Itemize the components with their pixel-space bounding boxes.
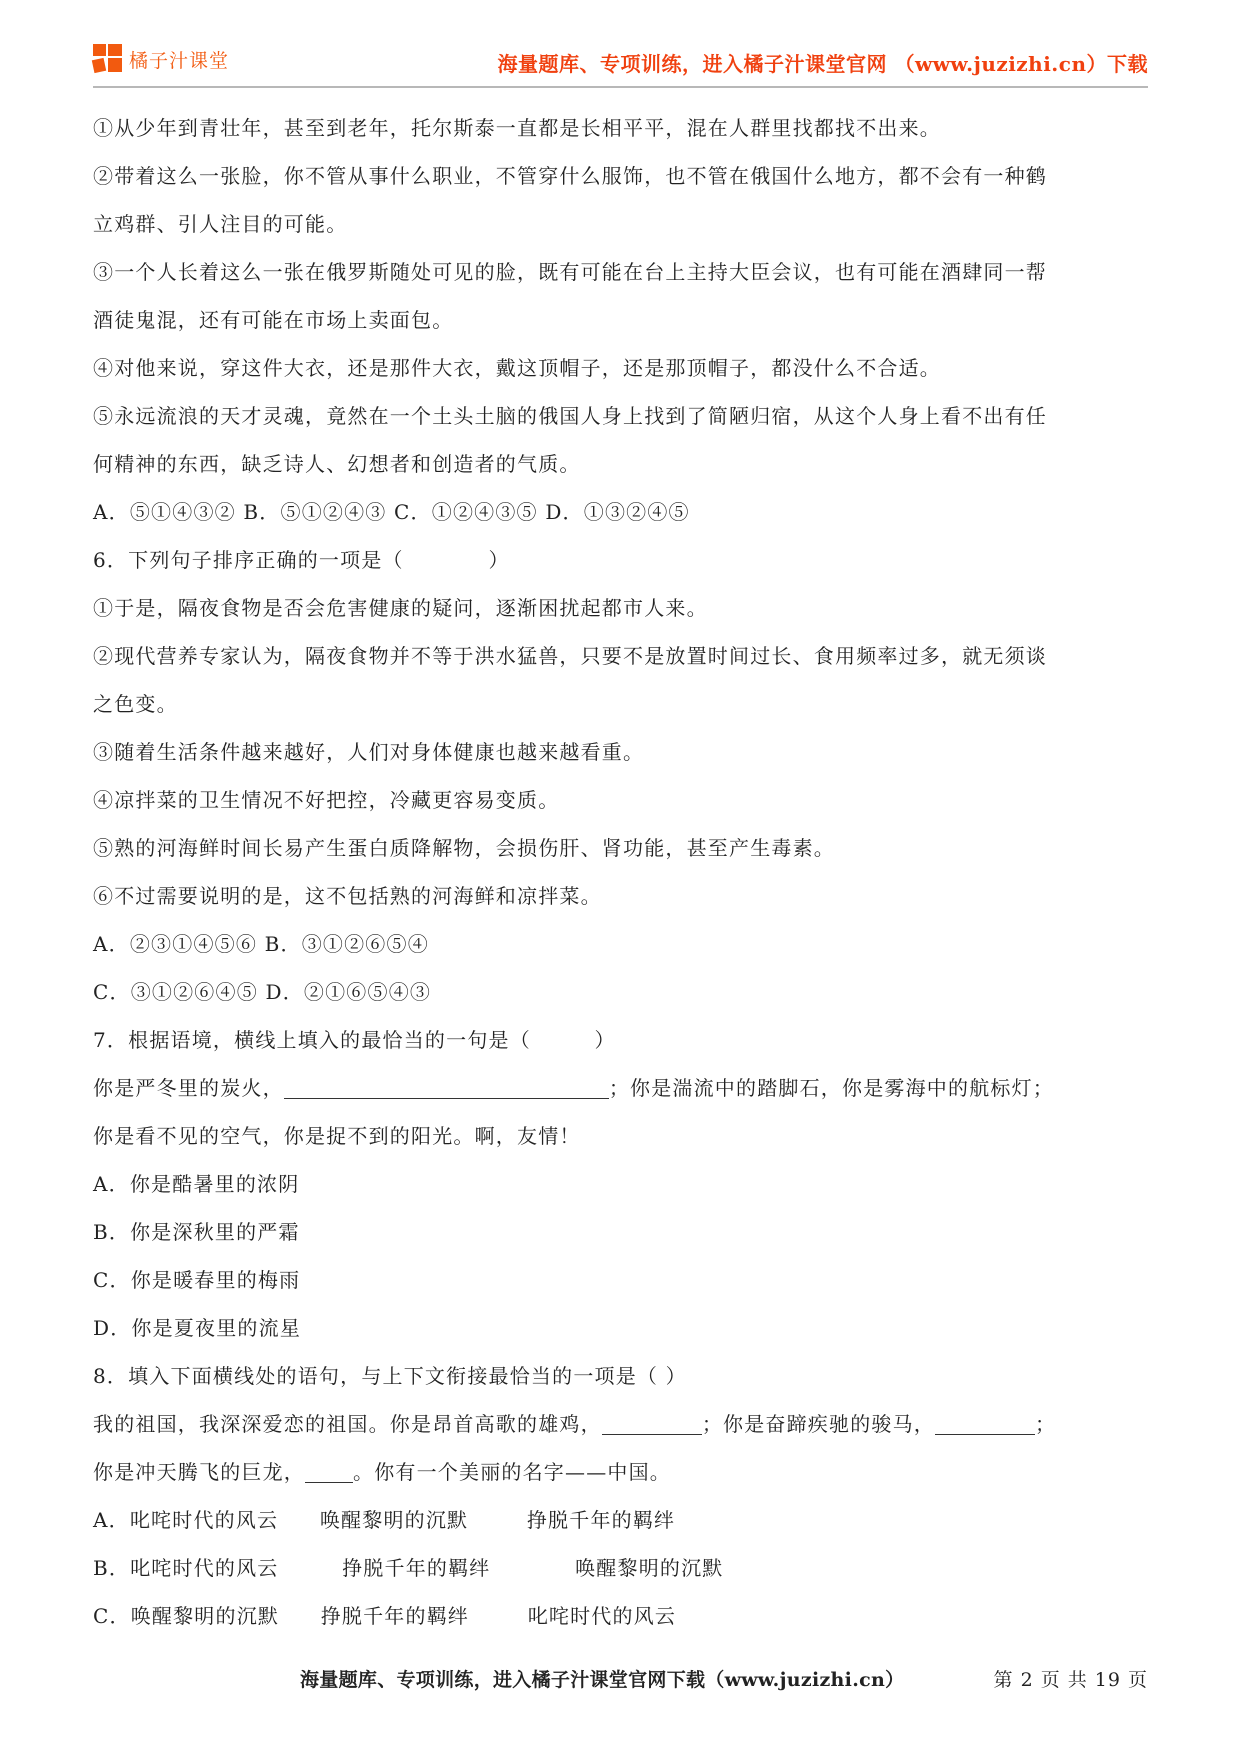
q8-fill-blank-1 — [602, 1412, 702, 1435]
q8-passage-a: 我的祖国，我深深爱恋的祖国。你是昂首高歌的雄鸡， — [93, 1412, 602, 1436]
q6-sentence: 之色变。 — [93, 680, 1148, 728]
q8-fill-blank-3 — [305, 1460, 353, 1483]
q5-sentence: ③一个人长着这么一张在俄罗斯随处可见的脸，既有可能在台上主持大臣会议，也有可能在… — [93, 248, 1148, 296]
logo-squares-icon — [93, 44, 123, 74]
q5-sentence: ①从少年到青壮年，甚至到老年，托尔斯泰一直都是长相平平，混在人群里找都找不出来。 — [93, 104, 1148, 152]
q6-options-cd: C．③①②⑥④⑤ D．②①⑥⑤④③ — [93, 968, 1148, 1016]
q8-option-b: B．叱咤时代的风云挣脱千年的羁绊唤醒黎明的沉默 — [93, 1544, 1148, 1592]
header-divider — [93, 86, 1148, 88]
q8-passage-c: ； — [1035, 1412, 1056, 1436]
q7-passage-line2: 你是看不见的空气，你是捉不到的阳光。啊，友情！ — [93, 1112, 1148, 1160]
q7-option-a: A．你是酷暑里的浓阴 — [93, 1160, 1148, 1208]
q7-fill-blank — [284, 1076, 609, 1099]
q7-option-d: D．你是夏夜里的流星 — [93, 1304, 1148, 1352]
q7-passage-start: 你是严冬里的炭火， — [93, 1076, 284, 1100]
q8-option-a: A．叱咤时代的风云唤醒黎明的沉默挣脱千年的羁绊 — [93, 1496, 1148, 1544]
q5-sentence: 立鸡群、引人注目的可能。 — [93, 200, 1148, 248]
logo-text: 橘子汁课堂 — [129, 46, 229, 73]
q6-sentence: ①于是，隔夜食物是否会危害健康的疑问，逐渐困扰起都市人来。 — [93, 584, 1148, 632]
q5-sentence: 酒徒鬼混，还有可能在市场上卖面包。 — [93, 296, 1148, 344]
header-slogan: 海量题库、专项训练，进入橘子汁课堂官网 （www.juzizhi.cn）下载 — [498, 48, 1148, 77]
q6-options-ab: A．②③①④⑤⑥ B．③①②⑥⑤④ — [93, 920, 1148, 968]
q8-fill-blank-2 — [935, 1412, 1035, 1435]
document-body: ①从少年到青壮年，甚至到老年，托尔斯泰一直都是长相平平，混在人群里找都找不出来。… — [93, 104, 1148, 1640]
q8-stem: 8．填入下面横线处的语句，与上下文衔接最恰当的一项是（ ） — [93, 1352, 1148, 1400]
q6-sentence: ⑥不过需要说明的是，这不包括熟的河海鲜和凉拌菜。 — [93, 872, 1148, 920]
q5-sentence: ④对他来说，穿这件大衣，还是那件大衣，戴这顶帽子，还是那顶帽子，都没什么不合适。 — [93, 344, 1148, 392]
site-logo: 橘子汁课堂 — [93, 44, 229, 74]
q8-passage-line1: 我的祖国，我深深爱恋的祖国。你是昂首高歌的雄鸡，；你是奋蹄疾驰的骏马，； — [93, 1400, 1148, 1448]
page-footer: 海量题库、专项训练，进入橘子汁课堂官网下载（www.juzizhi.cn） 第 … — [300, 1665, 1148, 1692]
q7-stem: 7．根据语境，横线上填入的最恰当的一句是（ ） — [93, 1016, 1148, 1064]
q5-sentence: ⑤永远流浪的天才灵魂，竟然在一个土头土脑的俄国人身上找到了简陋归宿，从这个人身上… — [93, 392, 1148, 440]
q8-passage-line2-a: 你是冲天腾飞的巨龙， — [93, 1460, 305, 1484]
q6-sentence: ③随着生活条件越来越好，人们对身体健康也越来越看重。 — [93, 728, 1148, 776]
q7-option-c: C．你是暖春里的梅雨 — [93, 1256, 1148, 1304]
q6-stem: 6．下列句子排序正确的一项是（ ） — [93, 536, 1148, 584]
q6-sentence: ④凉拌菜的卫生情况不好把控，冷藏更容易变质。 — [93, 776, 1148, 824]
q7-passage-line1: 你是严冬里的炭火，；你是湍流中的踏脚石，你是雾海中的航标灯； — [93, 1064, 1148, 1112]
footer-slogan: 海量题库、专项训练，进入橘子汁课堂官网下载（www.juzizhi.cn） — [300, 1669, 904, 1691]
q8-option-c: C．唤醒黎明的沉默挣脱千年的羁绊叱咤时代的风云 — [93, 1592, 1148, 1640]
q6-sentence: ②现代营养专家认为，隔夜食物并不等于洪水猛兽，只要不是放置时间过长、食用频率过多… — [93, 632, 1148, 680]
q8-passage-line2-b: 。你有一个美丽的名字——中国。 — [353, 1460, 671, 1484]
q6-sentence: ⑤熟的河海鲜时间长易产生蛋白质降解物，会损伤肝、肾功能，甚至产生毒素。 — [93, 824, 1148, 872]
q5-sentence: 何精神的东西，缺乏诗人、幻想者和创造者的气质。 — [93, 440, 1148, 488]
q5-sentence: ②带着这么一张脸，你不管从事什么职业，不管穿什么服饰，也不管在俄国什么地方，都不… — [93, 152, 1148, 200]
page-number: 第 2 页 共 19 页 — [994, 1665, 1148, 1692]
q7-option-b: B．你是深秋里的严霜 — [93, 1208, 1148, 1256]
q8-passage-b: ；你是奋蹄疾驰的骏马， — [702, 1412, 935, 1436]
q8-passage-line2: 你是冲天腾飞的巨龙，。你有一个美丽的名字——中国。 — [93, 1448, 1148, 1496]
q5-options: A．⑤①④③② B．⑤①②④③ C．①②④③⑤ D．①③②④⑤ — [93, 488, 1148, 536]
page-header: 橘子汁课堂 海量题库、专项训练，进入橘子汁课堂官网 （www.juzizhi.c… — [93, 40, 1148, 80]
q7-passage-mid: ；你是湍流中的踏脚石，你是雾海中的航标灯； — [609, 1076, 1054, 1100]
